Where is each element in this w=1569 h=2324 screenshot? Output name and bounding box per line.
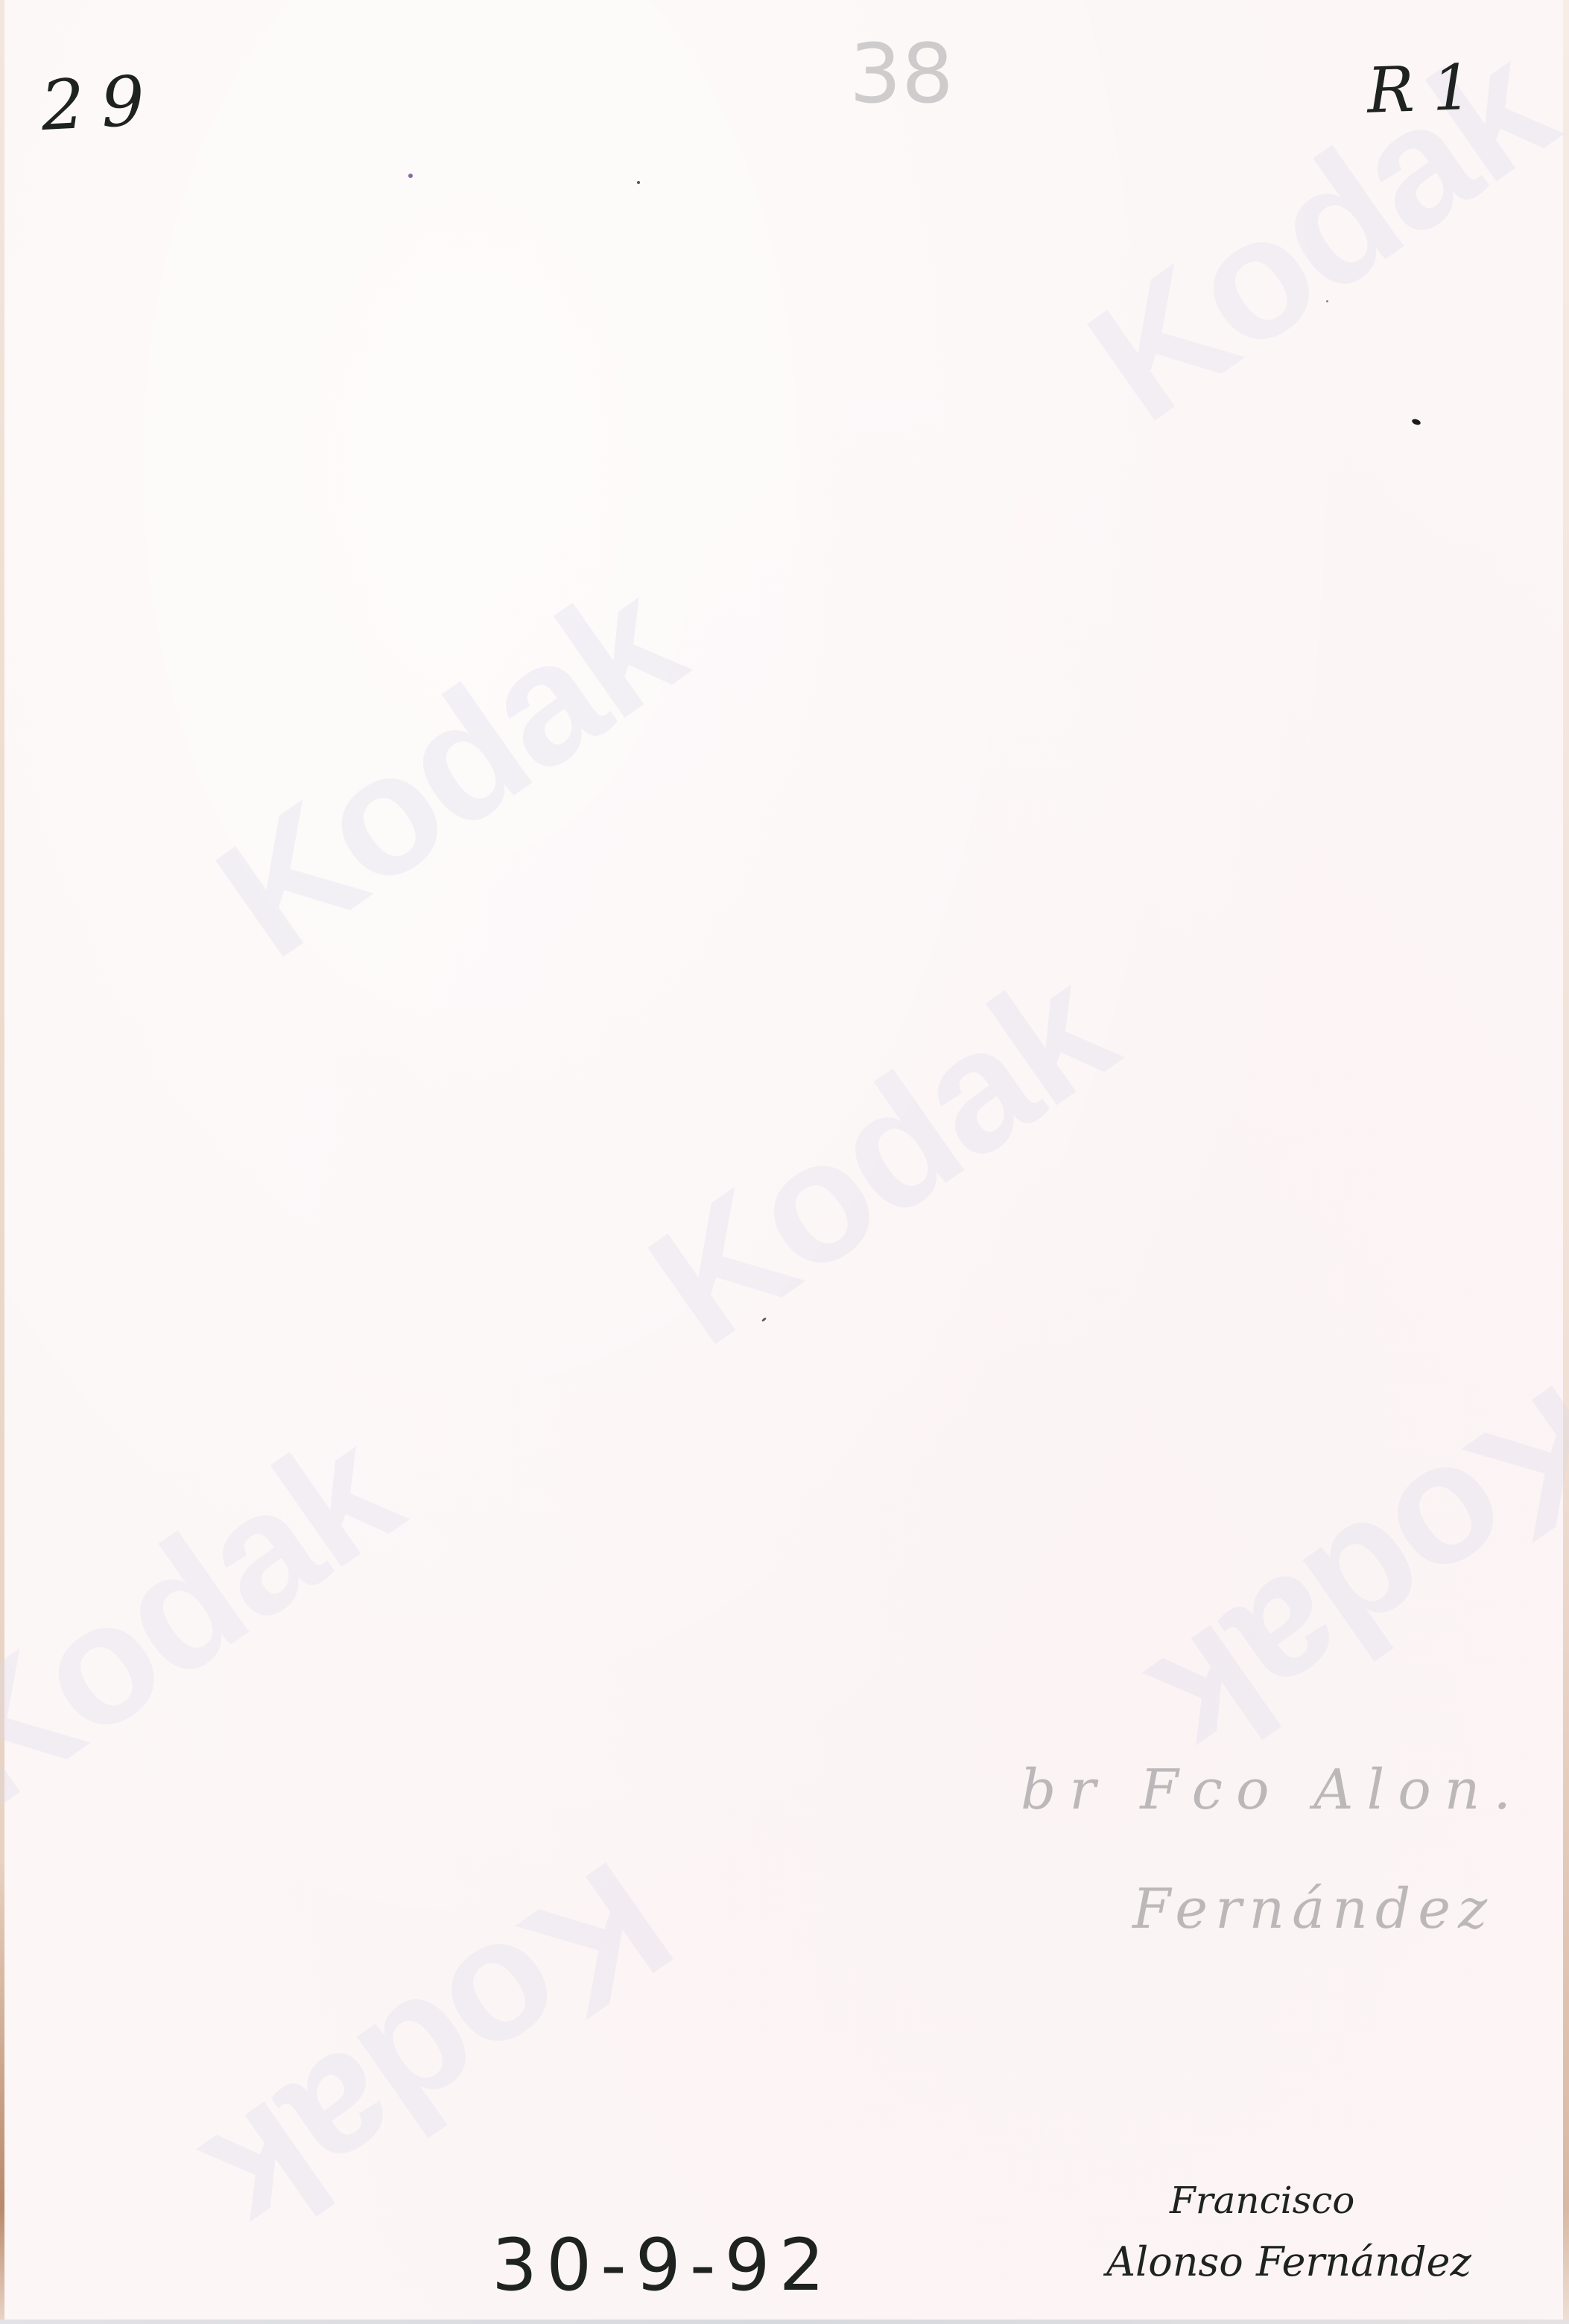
pencil-note-line-1: br Fco Alon. (1021, 1758, 1524, 1822)
ink-speck (408, 174, 413, 178)
pencil-note-line-2: Fernández (1132, 1877, 1494, 1941)
ink-speck (1326, 300, 1328, 302)
ink-speck (637, 181, 640, 184)
handwritten-number-top-left: 29 (39, 60, 162, 146)
handwritten-name-first: Francisco (1170, 2179, 1354, 2222)
paper-edge-left (0, 0, 4, 2324)
faded-number-top-center: 38 (849, 26, 954, 121)
handwritten-code-top-right: R1 (1366, 50, 1491, 127)
handwritten-name-last: Alonso Fernández (1106, 2238, 1471, 2285)
handwritten-date: 30-9-92 (492, 2223, 834, 2307)
paper-edge-right (1563, 0, 1569, 2324)
paper-edge-bottom (0, 2320, 1569, 2324)
